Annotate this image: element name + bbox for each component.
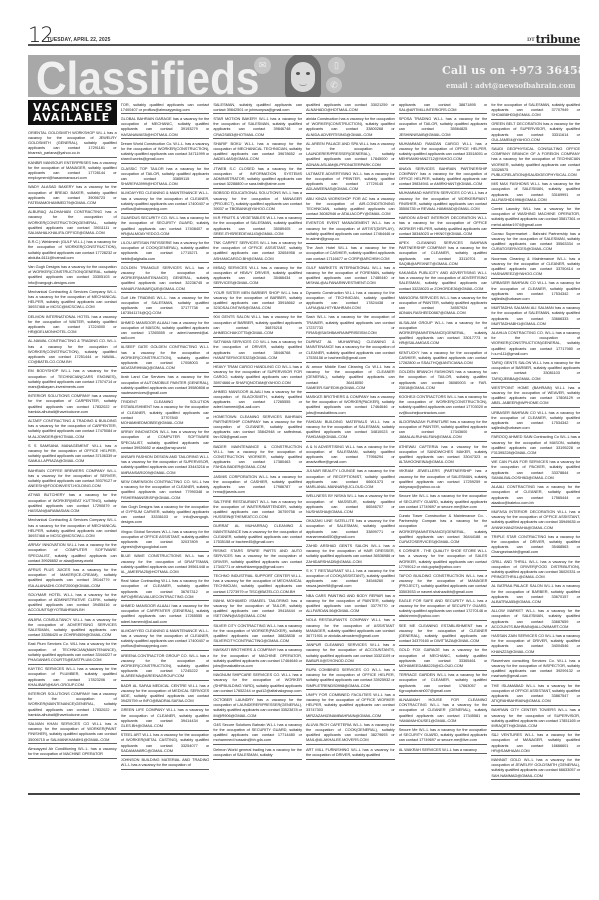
classified-ad: MASKATI BROTHERS & COMPANY has a vacancy… (306, 393, 395, 418)
classified-ad: FAHDAN BUILDING MATERIALS W.L.L has a va… (306, 417, 395, 442)
classified-ad: KAYTEC SERVICES W.L.L has a vacancy for … (28, 665, 117, 690)
classified-ad: DELMON INTERNATIONAL HOTEL has a vacancy… (28, 312, 117, 337)
classified-ad: ANJIRA CONSULTANCY W.L.L has a vacancy f… (28, 615, 117, 640)
classified-ad: SAUDI GEOPHYSICAL CONSULTING OFFICE COMP… (491, 144, 580, 179)
classified-ad: A & N ADVERTISING W.L.L has a vacancy fo… (306, 442, 395, 467)
classified-ad: GREEN BELT DECORATION has a vacancy for … (491, 120, 580, 145)
classified-ad: alnida Construction has a vacancy for th… (306, 114, 395, 139)
mail-icon: ✉ (254, 57, 271, 74)
classified-ad: JULNAR BEAUTY LOUNGE has a vacancy for t… (306, 467, 395, 492)
classified-ad: TRIPLE STAR CONTRACTING has a vacancy fo… (491, 532, 580, 557)
classified-ad: HASSAN ZAIN SERVICES CO W.L.L has a vaca… (491, 631, 580, 656)
classified-ad: TAFOO BUILDING CONSTRUCTION W.L.L has a … (399, 571, 488, 596)
classified-ad: M.R FRUITS & VEGETABLES W.L.L has a vaca… (213, 214, 302, 239)
classified-ad: Secure Me W.L.L has a vacancy for the oc… (399, 492, 488, 512)
classified-ad: SALMAN KHAN SERVICES CO W.L.L has a vaca… (28, 720, 117, 745)
column-2: TOR, suitably qualified applicants can c… (121, 100, 210, 790)
classified-ad: MUHAMMAD RAMZAN CARGO W.L.L has a vacanc… (399, 139, 488, 164)
heading-line-2: AVAILABLE (33, 113, 112, 123)
vacancies-available-heading: VACANCIES AVAILABLE (28, 100, 117, 125)
classified-ad: Van Gogh Designs has a vacancy for the o… (121, 502, 210, 527)
classified-ad: AL WAKRAH SERVICES W.L.L has a vacancy (399, 745, 488, 754)
classified-ad: GOLD FOX GARAGE has a vacancy for the oc… (399, 646, 488, 671)
classified-ad: ALBURAQ ALDHAHABI CONTRACTING has a vaca… (28, 208, 117, 238)
classified-ad: Al amoor Middle East Cleaning Co W.L.L h… (306, 363, 395, 393)
column-3: SALESMAN, suitably qualified applicants … (213, 100, 302, 790)
classified-ad: ALSALAM GROUP W.L.L has a vacancy for th… (399, 318, 488, 348)
classified-ad: 904 GENTS SALON W.L.L has a vacancy for … (213, 313, 302, 338)
classifieds-banner: Classifieds ✉ ▯ ✆ Call us on +973 364583… (28, 55, 580, 97)
classified-ad: GLOBAL BAHRAIN GARAGE has a vacancy for … (121, 114, 210, 139)
classified-ad: BADR AL SAFAA MEDICAL CENTRE W.L.L has a… (121, 681, 210, 706)
classified-ad: MUHAMMAD HARITEN SERVICES CO W.L.L has a… (399, 189, 488, 214)
classified-ad: JANPUR CLEANING SERVICES W.L.L has a vac… (306, 641, 395, 666)
classified-ad: MAHA MOHAMED ISMAEEL TAILORING has a vac… (213, 596, 302, 621)
classified-ad: FAROOQ AHMED SAIN Contracting Co W.L.L h… (491, 433, 580, 458)
classified-ad: ARRAY INNOVATION W.L.L has a vacancy for… (28, 541, 117, 566)
classified-ad: STEEL ART W.L.L has a vacancy for the oc… (121, 731, 210, 756)
classified-ad: The Arch Hotel W.L.L has a vacancy for t… (306, 244, 395, 264)
column-6: for the occupation of SALESMAN, suitably… (491, 100, 580, 790)
classified-ad: ALMOAYYED CLEANING & MAINTENANCE W.L.L. … (121, 189, 210, 214)
classified-ad: ATHEWAI CAFTERIA has a vacancy for the o… (399, 442, 488, 467)
classified-ad: ALNAAMAH HOUSE FOR CLEANING CONTRACTING … (399, 696, 488, 726)
classified-ad: TARIQ GENTS SALON W.L.L has a vacancy fo… (491, 359, 580, 384)
classified-ad: EVENTOS EVENT MANAGEMENT W.L.L has a vac… (306, 219, 395, 244)
column-4: qualified applicants can contact 3302125… (306, 100, 395, 790)
classified-ad: applicants can contact 38871895 or SAL@A… (399, 100, 488, 114)
column-5: applicants can contact 38871895 or SAL@A… (399, 100, 488, 790)
classified-ad: JOHNSON BUILDING MATERIAL AND TRADING W.… (121, 756, 210, 770)
classified-ad: Delmon World general trading has a vacan… (213, 745, 302, 759)
classified-ad: THE ISLAMABAD W.L.L has a vacancy for th… (491, 681, 580, 706)
classified-ad: ALDORWAZAH FURNITURE has a vacancy for t… (399, 417, 488, 442)
classified-ad: GREEN LIFE COMPANY W.L.L has a vacancy f… (121, 706, 210, 731)
classified-ad: MASKATI BROTHERS & COMPANY has a vacancy… (213, 646, 302, 671)
classified-ad: OCTOBER LAUNDRY has a vacancy for the oc… (213, 696, 302, 721)
classified-ad: Dream World Construction Co. W.L.L. has … (121, 139, 210, 164)
classified-ad: INTERIOR SOLUTIONS COMPANY has a vacancy… (28, 392, 117, 417)
classified-ad: GOLDEN TRIANGLE SERVICES W.L.L has a vac… (121, 263, 210, 293)
classified-ad: CLASSIC TOP TAILOR has a vacancy for the… (121, 164, 210, 189)
classified-ad: STAR MOTION BAKERY W.L.L has a vacancy f… (213, 114, 302, 139)
classified-ad: AHMED MANSOOR ALAALI has a vacancy for t… (121, 318, 210, 343)
classified-ad: HOMETOWN CLEANING SERVICES BAHRAIN PARTN… (213, 412, 302, 442)
classified-ad: GULF MARKETS INTERNATIONAL W.L.L has a v… (306, 263, 395, 288)
classified-ad: East Plum Services Co. WLL has a vacancy… (28, 640, 117, 665)
classified-ad: SILVER CITY CONTRACTING W.L.L has a vaca… (213, 621, 302, 646)
classified-ad: G4S Secure Solutions Bahrain W.L.L has a… (213, 720, 302, 745)
classified-ad: AFRUS PLUS JUICES has a vacancy for the … (28, 565, 117, 590)
classified-ad: MANNAT GOLD W.L.L has a vacancy for the … (491, 756, 580, 781)
classified-ad: ATYAB BUTCHERY has a vacancy for the occ… (28, 491, 117, 516)
classified-ad: ALSEEF GATE GOLDEN CONTRACTING W.L.L has… (121, 343, 210, 373)
classified-ad: SPOSA TRADING W.L.L has a vacancy for th… (399, 114, 488, 139)
classified-ad: SOLYMAR HOTEL W.L.L has a vacancy for th… (28, 590, 117, 615)
classified-ad: BADER MAINTENANCE & CONSTRUCTION W.L.L. … (213, 442, 302, 472)
classified-ad: Sash W.L.L has a vacancy for the occupat… (306, 313, 395, 338)
classified-ad: ARRAY INNOVATION W.L.L has a vacancy for… (121, 428, 210, 453)
classified-ad: K CORNER - THE QUALITY SHOE STORE W.L.L … (399, 547, 488, 572)
classified-ad: Real Value Contracting W.L.L has a vacan… (121, 577, 210, 602)
classified-ad: SHARIF BOKU W.L.L has a vacancy for the … (213, 139, 302, 164)
classified-ad: YOUR SISTER MEN BARBER SHOP W.L.L has a … (213, 288, 302, 313)
classified-ad: GRILL AND THRILL W.L.L has a vacancy for… (491, 557, 580, 582)
classified-ad: for the occupation of SALESMAN, suitably… (491, 100, 580, 120)
bottom-divider (28, 793, 580, 795)
classified-ad: ANAYA SERVICES BAHRAIN PARTNERSHIP COMPA… (399, 164, 488, 189)
classified-ad: Almoayyed Air Conditioning W.L.L. has a … (28, 744, 117, 758)
classified-ad: EM BODYSHOP W.L.L has a vacancy for the … (28, 367, 117, 392)
classified-ad: AHMED MANSOOR ALAALI has a vacancy for t… (213, 387, 302, 412)
banner-title: Classifieds (36, 55, 259, 97)
header-divider (28, 44, 580, 46)
classified-ad: Curaso Supermarket - Bahraini Partnershi… (491, 229, 580, 254)
classified-ad: Secure Me W.L.L has a vacancy for the oc… (399, 726, 488, 746)
classified-ad: S K T RESTAURANT W.L.L has a vacancy for… (306, 566, 395, 591)
classified-ad: UNIFY FOR COMBINED FACILITIES W.L.L has … (306, 690, 395, 720)
classified-ad: JASMIS CORPORATION W.L.L has a vacancy f… (213, 472, 302, 497)
classified-ad: Van Gogh Designs has a vacancy for the o… (28, 262, 117, 287)
call-us-text: Call us on +973 36458394 (442, 64, 580, 77)
classified-ad: ORIENTAL GOLDSMITH WORKSHOP W.L.L has a … (28, 128, 117, 158)
classified-ad: BAHRAIN COFFEE BREWERS COMPANY W.L.L has… (28, 466, 117, 491)
classified-ad: VIKRAM JEWELLERS (PARTNERSHIP has a vaca… (399, 467, 488, 492)
classified-ad: MURTADHA SALMAN ALI SALMAN has a vacancy… (491, 304, 580, 329)
classified-ad: RISING STARS SPARE PARTS AND AUTO SERVIC… (213, 547, 302, 572)
classified-ad: Combi Laundry WLL has a vacancy for the … (491, 204, 580, 229)
issue-date: TUESDAY, APRIL 22, 2025 (47, 37, 111, 43)
call-icon: ✆ (326, 77, 342, 93)
classified-ad: ALAALI CONTRACTING has a vacancy for the… (491, 483, 580, 508)
classified-ad: BAHRAIN CITY CENTER TOWERS W.L.L has a v… (491, 706, 580, 731)
classified-ad: SALESMAN, suitably qualified applicants … (213, 100, 302, 114)
classified-ad: ALMOAYYED CLEANING & MAINTENANCE W.L.L. … (121, 626, 210, 651)
classified-ad: ART MILL FURNISHING W.L.L has a vacancy … (306, 745, 395, 759)
classified-ad: Noormas Cleaning & Maintenance W.L.L has… (491, 254, 580, 279)
classified-ad: ANSARI FASHION DESIGN AND TAILORING W.L.… (121, 453, 210, 478)
classified-ad: MUFASA INTERIOR DECORATION W.L.L has a v… (491, 507, 580, 532)
classified-ad: WESTPOINT HOME (BAHRAIN) W.L.L has a vac… (491, 383, 580, 408)
classified-ad: TOR, suitably qualified applicants can c… (121, 100, 210, 114)
classified-ad: MAGNUM SHIPCARE SERVICES CO. W.L.L has a… (213, 671, 302, 696)
classified-ad: KANBIR MANSOUR ENTERPRISES has a vacancy… (28, 158, 117, 183)
classified-ad: GOLDEN BRANCH FASHIONS has a vacancy for… (399, 368, 488, 393)
classified-ad: TRIDENT CLEANING SOLUTION ESTABLISHMENT … (121, 398, 210, 428)
classified-ad: TECHNO INDUSTRIAL SUPPORT CENTER W.L.L. … (213, 571, 302, 596)
classified-ad: S&J VENTURES W.L.L has a vacancy for the… (491, 731, 580, 756)
classified-ad: qualified applicants can contact 3302125… (306, 100, 395, 114)
phone-icon: ▯ (328, 57, 345, 74)
logo-prefix: DT (527, 37, 535, 43)
classified-ad: Mechanical Contracting & Services Compan… (28, 516, 117, 541)
classified-ad: ALUVA RICH CAFETERIA W.L.L has a vacancy… (306, 720, 395, 745)
email-text: email : advt@newsofbahrain.com (446, 81, 575, 90)
classified-ad: Curato Tower Construction & Maintenance … (399, 511, 488, 546)
classified-ad: TNK CARPET SERVICES W.L.L has a vacancy … (213, 238, 302, 263)
classified-ad: Raseeham consulting Services Co. W.L.L h… (491, 656, 580, 681)
classified-ad: NEW DIMENSION CONTRACTING CO. W.L.L has … (121, 477, 210, 502)
classified-ad: KENTUCKY has a vacancy for the occupatio… (399, 348, 488, 368)
classified-ad: WE CAN PLAN FOR SERVICES has a vacancy f… (491, 458, 580, 483)
classified-ad: ZAHID ARSHAD GENTS SALON W.L.L has a vac… (306, 541, 395, 566)
classified-ad: ULTIMATE ADVERTISING W.L.L has a vacancy… (306, 169, 395, 194)
classified-ad: HEAVY TRAM CARGO HANDLING CO W.L.L has a… (213, 363, 302, 388)
classified-ad: LILOU ARTISAN PATISSERIE has a vacancy f… (121, 238, 210, 263)
classified-ad: TERRACE GARDEN W.L.L has a vacancy for t… (399, 671, 488, 696)
classified-ad: AL AREEN PALACE AND SPA W.L.L has a vaca… (306, 139, 395, 169)
classified-ad: INTERIOR SOLUTIONS COMPANY has a vacancy… (28, 689, 117, 719)
classifieds-columns: VACANCIES AVAILABLE ORIENTAL GOLDSMITH W… (28, 100, 580, 790)
classified-ad: URBASER BAHRAIN CO W.L.L has a vacancy f… (491, 279, 580, 304)
classified-ad: SATYAMA SERVICES CO W.L.L has a vacancy … (213, 338, 302, 363)
classified-ad: Mechanical Contracting & Services Compan… (28, 287, 117, 312)
classified-ad: Dynamic Construction W.L.L has a vacancy… (306, 288, 395, 313)
classified-ad: SALTFIRE RESTAURANT W.L.L has a vacancy … (213, 497, 302, 522)
classified-ad: KOOHEJI CONTRACTORS W.L.L has a vacancy … (399, 393, 488, 418)
classified-ad: EAGLE FOR SAFE AND SECURITY W.L.L has a … (399, 596, 488, 621)
classified-ad: AL-NAWAL CONTRACTING & TRADING CO. W.L.L… (28, 337, 117, 367)
classified-ad: ABU KINZA WORKSHOP FOR AC has a vacancy … (306, 194, 395, 219)
classified-ad: KAKANDA PUBLICITY AND ADVERTISING W.L.L … (399, 268, 488, 293)
page-header: 12 TUESDAY, APRIL 22, 2025 (28, 26, 281, 45)
column-1: VACANCIES AVAILABLE ORIENTAL GOLDSMITH W… (28, 100, 117, 790)
classified-ad: GUARDUS SECURITY CO. W.L.L has a vacancy… (121, 214, 210, 239)
classified-ad: Vingoo Global Services W.L.L has a vacan… (121, 527, 210, 552)
classified-ad: DURRAT AL MUHARRAQ CLEANING & MAINTENANC… (306, 338, 395, 363)
classified-ad: Arab Land Car Services has a vacancy for… (121, 373, 210, 398)
classified-ad: SEE ME CLEANING ESTABLISHMENT has a vaca… (399, 621, 488, 646)
classified-ad: BLUE WAVE CONSTRUCTIONS W.L.L has a vaca… (121, 552, 210, 577)
classified-ad: MANGORA SERVICES W.L.L has a vacancy for… (399, 293, 488, 318)
classified-ad: DURRAT AL MUHARRAQ CLEANING & MAINTENANC… (213, 522, 302, 547)
classified-ad: WELLNESS BY NISHA W.L.L has a vacancy fo… (306, 492, 395, 517)
classified-ad: JTWEB S.C CLOSED has a vacancy for the o… (213, 164, 302, 189)
classified-ad: URBASER BAHRAIN CO W.L.L has a vacancy f… (491, 408, 580, 433)
classified-ad: WADY ALASAD BAKERY has a vacancy for the… (28, 183, 117, 208)
classified-ad: MIS MAX FASHIONS W.L.L has a vacancy for… (491, 180, 580, 205)
classified-ad: HAROON ASHAT INTERIOR DECORATION W.L.L h… (399, 214, 488, 239)
classified-ad: NBA CARS PAINTING AND BODY REPAIR has a … (306, 591, 395, 616)
woman-illustration (285, 55, 321, 97)
classified-ad: APEX CLEANING SERVICES BAHRAIN PARTNERSH… (399, 238, 488, 268)
classified-ad: S S SAMSANA MANAGEMENT W.L.L has a vacan… (28, 441, 117, 466)
classified-ad: MISAQ SERVICES W.L.L has a vacancy for t… (213, 263, 302, 288)
classified-ad: ALAHLIA CONTRACTING CO. W.L.L has a vaca… (491, 329, 580, 359)
classified-ad: AREENA CONTRACTOR GROUP CO. W.L.L has a … (121, 651, 210, 681)
classified-ad: ALLOW MARKET W.L.L has a vacancy for the… (491, 607, 580, 632)
classified-ad: B.R.C.) Weldmesh (GULF W.L.L.) has a vac… (28, 238, 117, 263)
classified-ad: RUPA COMBINED SERVICES CO W.L.L has a va… (306, 665, 395, 690)
classified-ad: AHMED MANSOOR ALAALI has a vacancy for t… (121, 601, 210, 626)
classified-ad: OKAZAKI LINE SATELLITE has a vacancy for… (306, 517, 395, 542)
classified-ad: Gulf Life TRADING W.L.L. has a vacancy f… (121, 293, 210, 318)
classified-ad: NOLA RESTAURANTS COMPANY W.L.L has a vac… (306, 616, 395, 641)
classified-ad: AL BATRAA PALACE SALON W.L.L has a vacan… (491, 582, 580, 607)
classified-ad: ALTAEF CONTRACTING & TRADING & BUILDING … (28, 417, 117, 442)
classified-ad: BOBSOD EDUCATIONAL SOLUTIONS W.L.L has a… (213, 189, 302, 214)
